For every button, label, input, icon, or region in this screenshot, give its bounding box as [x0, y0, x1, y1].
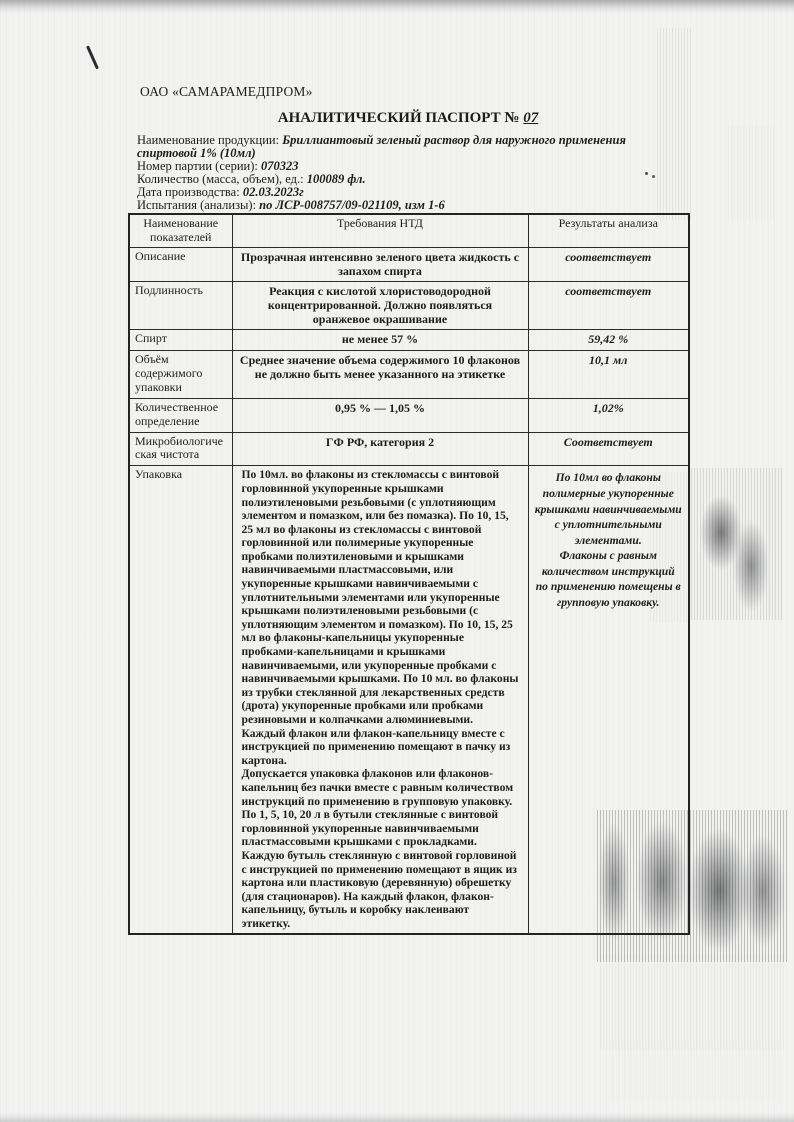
document-title-text: АНАЛИТИЧЕСКИЙ ПАСПОРТ №: [278, 110, 520, 126]
table-row: ПодлинностьРеакция с кислотой хлористово…: [129, 281, 689, 329]
result-cell: 1,02%: [528, 398, 689, 432]
requirement-paragraph: По 10мл. во флаконы из стекломассы с вин…: [242, 468, 520, 767]
requirement-paragraph: не менее 57 %: [239, 332, 522, 346]
document-number: 07: [523, 110, 538, 126]
column-header: Требования НТД: [232, 214, 528, 247]
table-row: Спиртне менее 57 %59,42 %: [129, 329, 689, 350]
result-paragraph: Флаконы с равным количеством инструкций …: [535, 548, 683, 610]
row-name-cell: Спирт: [129, 329, 232, 350]
toner-blob: [688, 828, 750, 952]
requirement-paragraph: Реакция с кислотой хлористоводородной ко…: [239, 284, 522, 326]
field-value: по ЛСР-008757/09-021109, изм 1-6: [259, 198, 445, 212]
result-paragraph: 10,1 мл: [535, 353, 683, 368]
result-cell: По 10мл во флаконы полимерные укупоренны…: [528, 466, 689, 934]
toner-blob: [733, 520, 769, 612]
requirement-paragraph: Среднее значение объема содержимого 10 ф…: [239, 353, 522, 381]
field-line: Наименование продукции: Бриллиантовый зе…: [137, 134, 665, 160]
result-paragraph: Соответствует: [535, 435, 683, 450]
row-name-cell: Подлинность: [129, 281, 232, 329]
requirement-cell: не менее 57 %: [232, 329, 528, 350]
table-body: ОписаниеПрозрачная интенсивно зеленого ц…: [129, 247, 689, 933]
field-label: Наименование продукции:: [137, 133, 279, 147]
result-cell: соответствует: [528, 281, 689, 329]
requirement-cell: Среднее значение объема содержимого 10 ф…: [232, 350, 528, 398]
field-value: 100089 фл.: [307, 172, 366, 186]
toner-blob: [740, 835, 786, 947]
row-name-cell: Описание: [129, 247, 232, 281]
field-value: 070323: [261, 159, 299, 173]
table-row: Объём содержимого упаковкиСреднее значен…: [129, 350, 689, 398]
field-label: Номер партии (серии):: [137, 159, 258, 173]
field-label: Дата производства:: [137, 185, 240, 199]
result-paragraph: 1,02%: [535, 401, 683, 416]
scan-smudge: [610, 1040, 780, 1100]
result-cell: соответствует: [528, 247, 689, 281]
field-line: Испытания (анализы): по ЛСР-008757/09-02…: [137, 199, 665, 212]
result-paragraph: 59,42 %: [535, 332, 683, 347]
scan-streak: [728, 125, 774, 220]
column-header: Результаты анализа: [528, 214, 689, 247]
header-fields: Наименование продукции: Бриллиантовый зе…: [137, 134, 665, 213]
pen-mark: [86, 46, 98, 70]
requirement-cell: Прозрачная интенсивно зеленого цвета жид…: [232, 247, 528, 281]
requirement-cell: Реакция с кислотой хлористоводородной ко…: [232, 281, 528, 329]
field-label: Испытания (анализы):: [137, 198, 256, 212]
table-row: УпаковкаПо 10мл. во флаконы из стекломас…: [129, 466, 689, 934]
requirement-cell: ГФ РФ, категория 2: [232, 432, 528, 466]
scan-shadow-top: [0, 0, 794, 13]
result-cell: 10,1 мл: [528, 350, 689, 398]
document-title: АНАЛИТИЧЕСКИЙ ПАСПОРТ № 07: [128, 110, 688, 127]
scan-smudge: [600, 955, 785, 1050]
table-header-row: Наименование показателейТребования НТДРе…: [129, 214, 689, 247]
requirement-cell: 0,95 % — 1,05 %: [232, 398, 528, 432]
table-row: Количественное определение0,95 % — 1,05 …: [129, 398, 689, 432]
requirement-paragraph: Прозрачная интенсивно зеленого цвета жид…: [239, 250, 522, 278]
row-name-cell: Упаковка: [129, 466, 232, 934]
result-cell: 59,42 %: [528, 329, 689, 350]
table-row: Микробиологическая чистотаГФ РФ, категор…: [129, 432, 689, 466]
field-label: Количество (масса, объем), ед.:: [137, 172, 304, 186]
scanned-document-page: ОАО «САМАРАМЕДПРОМ» АНАЛИТИЧЕСКИЙ ПАСПОР…: [0, 0, 794, 1122]
row-name-cell: Объём содержимого упаковки: [129, 350, 232, 398]
requirement-paragraph: Допускается упаковка флаконов или флакон…: [242, 767, 520, 930]
scan-shadow-bottom: [0, 1113, 794, 1122]
table-row: ОписаниеПрозрачная интенсивно зеленого ц…: [129, 247, 689, 281]
row-name-cell: Количественное определение: [129, 398, 232, 432]
column-header: Наименование показателей: [129, 214, 232, 247]
result-paragraph: соответствует: [535, 284, 683, 299]
result-paragraph: По 10мл во флаконы полимерные укупоренны…: [535, 470, 683, 548]
company-name: ОАО «САМАРАМЕДПРОМ»: [140, 84, 313, 100]
toner-blob: [700, 495, 742, 570]
result-cell: Соответствует: [528, 432, 689, 466]
requirement-paragraph: 0,95 % — 1,05 %: [239, 401, 522, 415]
analysis-table: Наименование показателейТребования НТДРе…: [128, 213, 690, 935]
field-value: 02.03.2023г: [243, 185, 304, 199]
result-paragraph: соответствует: [535, 250, 683, 265]
requirement-paragraph: ГФ РФ, категория 2: [239, 435, 522, 449]
row-name-cell: Микробиологическая чистота: [129, 432, 232, 466]
scan-smudge: [688, 468, 784, 620]
requirement-cell: По 10мл. во флаконы из стекломассы с вин…: [232, 466, 528, 934]
